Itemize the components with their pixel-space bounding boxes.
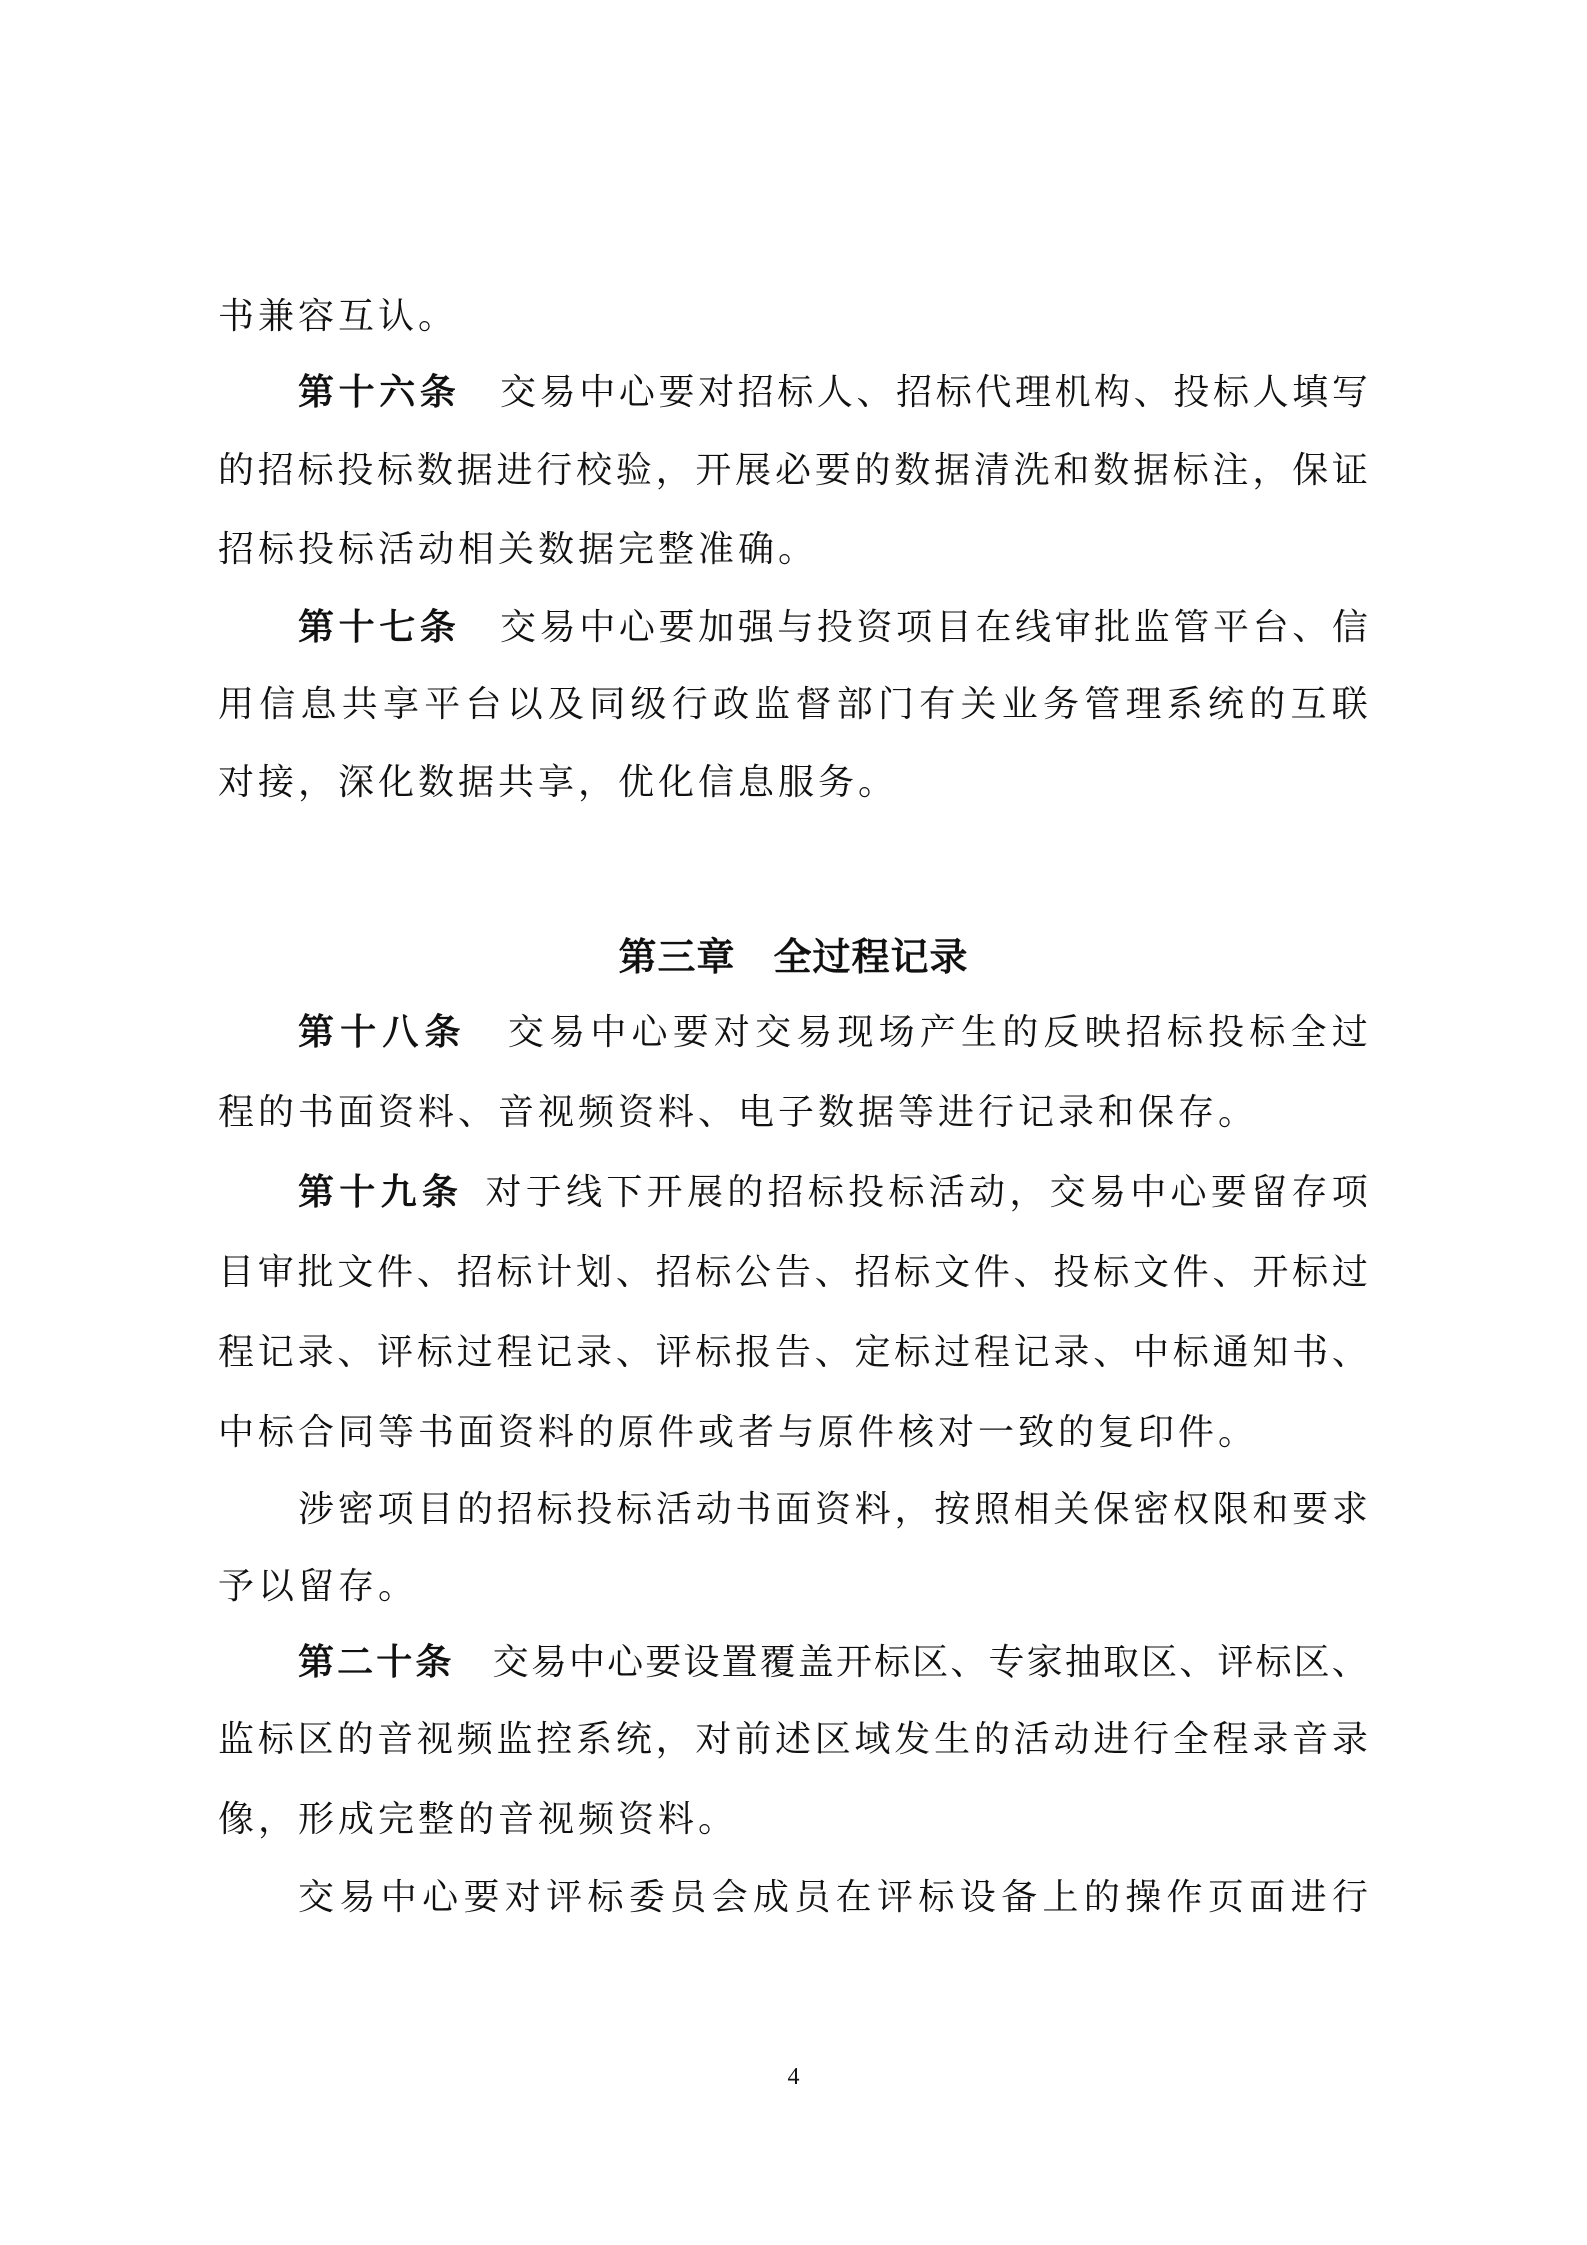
- article-17-line: 第十七条交易中心要加强与投资项目在线审批监管平台、信: [298, 603, 1368, 653]
- chapter-heading: 第三章全过程记录: [0, 932, 1587, 982]
- paragraph-line: 目审批文件、招标计划、招标公告、招标文件、投标文件、开标过: [218, 1248, 1368, 1298]
- document-page: 书兼容互认。 第十六条交易中心要对招标人、招标代理机构、投标人填写 的招标投标数…: [0, 0, 1587, 2245]
- paragraph-line: 书兼容互认。: [218, 292, 1368, 342]
- line-text: 目审批文件、招标计划、招标公告、招标文件、投标文件、开标过: [218, 1252, 1368, 1293]
- line-text: 交易中心要对招标人、招标代理机构、投标人填写: [496, 372, 1367, 413]
- line-text: 用信息共享平台以及同级行政监督部门有关业务管理系统的互联: [218, 684, 1368, 725]
- line-text: 程的书面资料、音视频资料、电子数据等进行记录和保存。: [218, 1092, 1258, 1133]
- line-text: 对接，深化数据共享，优化信息服务。: [218, 762, 898, 803]
- article-18-line: 第十八条交易中心要对交易现场产生的反映招标投标全过: [298, 1008, 1368, 1058]
- line-text: 中标合同等书面资料的原件或者与原件核对一致的复印件。: [218, 1412, 1258, 1453]
- line-text: 对于线下开展的招标投标活动，交易中心要留存项: [481, 1172, 1368, 1213]
- article-20-line: 第二十条交易中心要设置覆盖开标区、专家抽取区、评标区、: [298, 1638, 1368, 1688]
- paragraph-line: 招标投标活动相关数据完整准确。: [218, 525, 1368, 575]
- article-label: 第二十条: [298, 1642, 455, 1683]
- article-label: 第十七条: [298, 607, 460, 648]
- line-text: 书兼容互认。: [218, 296, 458, 337]
- line-text: 交易中心要对交易现场产生的反映招标投标全过: [503, 1012, 1368, 1053]
- line-text: 涉密项目的招标投标活动书面资料，按照相关保密权限和要求: [298, 1489, 1368, 1530]
- paragraph-line: 对接，深化数据共享，优化信息服务。: [218, 758, 1368, 808]
- paragraph-line: 交易中心要对评标委员会成员在评标设备上的操作页面进行: [298, 1873, 1368, 1923]
- paragraph-line: 的招标投标数据进行校验，开展必要的数据清洗和数据标注，保证: [218, 446, 1368, 496]
- article-label: 第十六条: [298, 372, 460, 413]
- line-text: 监标区的音视频监控系统，对前述区域发生的活动进行全程录音录: [218, 1719, 1368, 1760]
- paragraph-line: 像，形成完整的音视频资料。: [218, 1795, 1368, 1845]
- paragraph-line: 程的书面资料、音视频资料、电子数据等进行记录和保存。: [218, 1088, 1368, 1138]
- line-text: 招标投标活动相关数据完整准确。: [218, 529, 818, 570]
- page-number: 4: [0, 2062, 1587, 2092]
- article-label: 第十九条: [298, 1172, 463, 1213]
- line-text: 交易中心要加强与投资项目在线审批监管平台、信: [496, 607, 1367, 648]
- paragraph-line: 涉密项目的招标投标活动书面资料，按照相关保密权限和要求: [298, 1485, 1368, 1535]
- line-text: 交易中心要设置覆盖开标区、专家抽取区、评标区、: [491, 1642, 1368, 1683]
- line-text: 予以留存。: [218, 1566, 418, 1607]
- paragraph-line: 监标区的音视频监控系统，对前述区域发生的活动进行全程录音录: [218, 1715, 1368, 1765]
- line-text: 的招标投标数据进行校验，开展必要的数据清洗和数据标注，保证: [218, 450, 1368, 491]
- article-label: 第十八条: [298, 1012, 467, 1053]
- article-19-line: 第十九条对于线下开展的招标投标活动，交易中心要留存项: [298, 1168, 1368, 1218]
- chapter-title: 全过程记录: [774, 935, 969, 979]
- paragraph-line: 中标合同等书面资料的原件或者与原件核对一致的复印件。: [218, 1408, 1368, 1458]
- paragraph-line: 用信息共享平台以及同级行政监督部门有关业务管理系统的互联: [218, 680, 1368, 730]
- paragraph-line: 程记录、评标过程记录、评标报告、定标过程记录、中标通知书、: [218, 1328, 1368, 1378]
- line-text: 像，形成完整的音视频资料。: [218, 1799, 738, 1840]
- chapter-number: 第三章: [618, 935, 735, 979]
- line-text: 程记录、评标过程记录、评标报告、定标过程记录、中标通知书、: [218, 1332, 1368, 1373]
- paragraph-line: 予以留存。: [218, 1562, 1368, 1612]
- article-16-line: 第十六条交易中心要对招标人、招标代理机构、投标人填写: [298, 368, 1368, 418]
- line-text: 交易中心要对评标委员会成员在评标设备上的操作页面进行: [298, 1877, 1368, 1918]
